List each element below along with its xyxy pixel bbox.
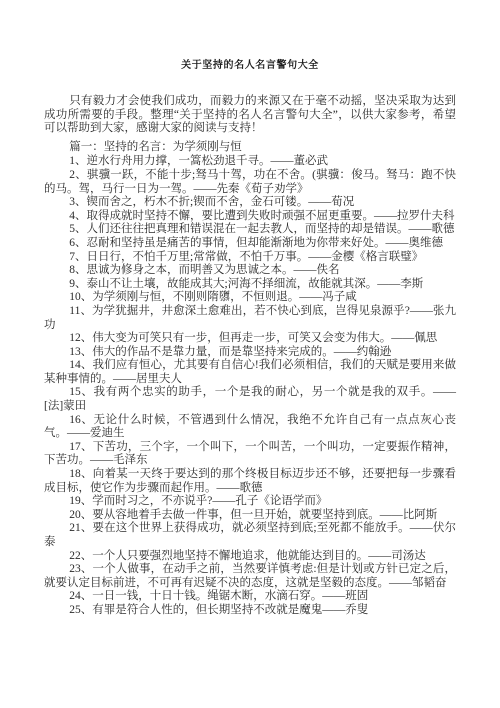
quote-item: 23、一个人做事，在动手之前，当然要详慎考虑:但是计划或方针已定之后，就要认定目…: [44, 563, 456, 590]
quote-item: 12、伟大变为可笑只有一步，但再走一步，可笑又会变为伟大。——佩思: [44, 332, 456, 346]
quote-item: 9、泰山不让土壤，故能成其大;河海不择细流，故能就其深。——李斯: [44, 278, 456, 292]
quote-item: 15、我有两个忠实的助手，一个是我的耐心，另一个就是我的双手。——[法]蒙田: [44, 386, 456, 413]
quote-item: 22、一个人只要强烈地坚持不懈地追求，他就能达到目的。——司汤达: [44, 550, 456, 564]
quote-item: 21、要在这个世界上获得成功，就必须坚持到底;至死都不能放手。——伏尔泰: [44, 522, 456, 549]
quote-item: 10、为学须刚与恒，不刚则隋隳，不恒则退。——冯子咸: [44, 291, 456, 305]
quote-item: 11、为学犹掘井，井愈深土愈难出，若不快心到底，岂得见泉源乎?——张九功: [44, 305, 456, 332]
quote-item: 18、向着某一天终于要达到的那个终极目标迈步还不够，还要把每一步骤看成目标，使它…: [44, 468, 456, 495]
quote-item: 17、下苦功，三个字，一个叫下，一个叫苦，一个叫功，一定要振作精神，下苦功。——…: [44, 441, 456, 468]
quote-list: 1、逆水行舟用力撑，一篙松劲退千寻。——董必武2、骐骥一跃，不能十步;驽马十驾，…: [44, 155, 456, 617]
quote-item: 24、一日一钱，十日十钱。绳锯木断，水滴石穿。——班固: [44, 590, 456, 604]
document-page: 关于坚持的名人名言警句大全 只有毅力才会使我们成功，而毅力的来源又在于毫不动摇，…: [0, 0, 500, 708]
page-title: 关于坚持的名人名言警句大全: [44, 60, 456, 72]
quote-item: 25、有罪是符合人性的，但长期坚持不改就是魔鬼——乔叟: [44, 604, 456, 618]
document-body: 只有毅力才会使我们成功，而毅力的来源又在于毫不动摇，坚决采取为达到成功所需要的手…: [44, 95, 456, 618]
quote-item: 4、取得成就时坚持不懈，要比遭到失败时顽强不屈更重要。——拉罗什夫科: [44, 210, 456, 224]
quote-item: 2、骐骥一跃，不能十步;驽马十驾，功在不舍。(骐骥：俊马。驽马：跑不快的马。驾，…: [44, 169, 456, 196]
quote-item: 3、锲而舍之，朽木不折;锲而不舍，金石可镂。——荀况: [44, 196, 456, 210]
quote-item: 19、学而时习之，不亦说乎?——孔子《论语学而》: [44, 495, 456, 509]
quote-item: 14、我们应有恒心，尤其要有自信心!我们必须相信，我们的天赋是要用来做某种事情的…: [44, 359, 456, 386]
quote-item: 7、日日行，不怕千万里;常常做，不怕千万事。——金樱《格言联璧》: [44, 251, 456, 265]
quote-item: 20、要从容地着手去做一件事，但一旦开始，就要坚持到底。——比阿斯: [44, 509, 456, 523]
section-heading: 篇一：坚持的名言：为学须刚与恒: [44, 141, 456, 155]
quote-item: 8、思诚为修身之本，而明善又为思诚之本。——佚名: [44, 264, 456, 278]
quote-item: 1、逆水行舟用力撑，一篙松劲退千寻。——董必武: [44, 155, 456, 169]
document-text-block: 关于坚持的名人名言警句大全 只有毅力才会使我们成功，而毅力的来源又在于毫不动摇，…: [44, 60, 456, 618]
quote-item: 5、人们还往往把真理和错误混在一起去教人，而坚持的却是错误。——歌德: [44, 223, 456, 237]
quote-item: 16、无论什么时候，不管遇到什么情况，我绝不允许自己有一点点灰心丧气。——爱迪生: [44, 414, 456, 441]
quote-item: 13、伟大的作品不是靠力量，而是靠坚持来完成的。——约翰逊: [44, 346, 456, 360]
intro-paragraph: 只有毅力才会使我们成功，而毅力的来源又在于毫不动摇，坚决采取为达到成功所需要的手…: [44, 95, 456, 136]
quote-item: 6、忍耐和坚持虽是痛苦的事情，但却能渐渐地为你带来好处。——奥维德: [44, 237, 456, 251]
